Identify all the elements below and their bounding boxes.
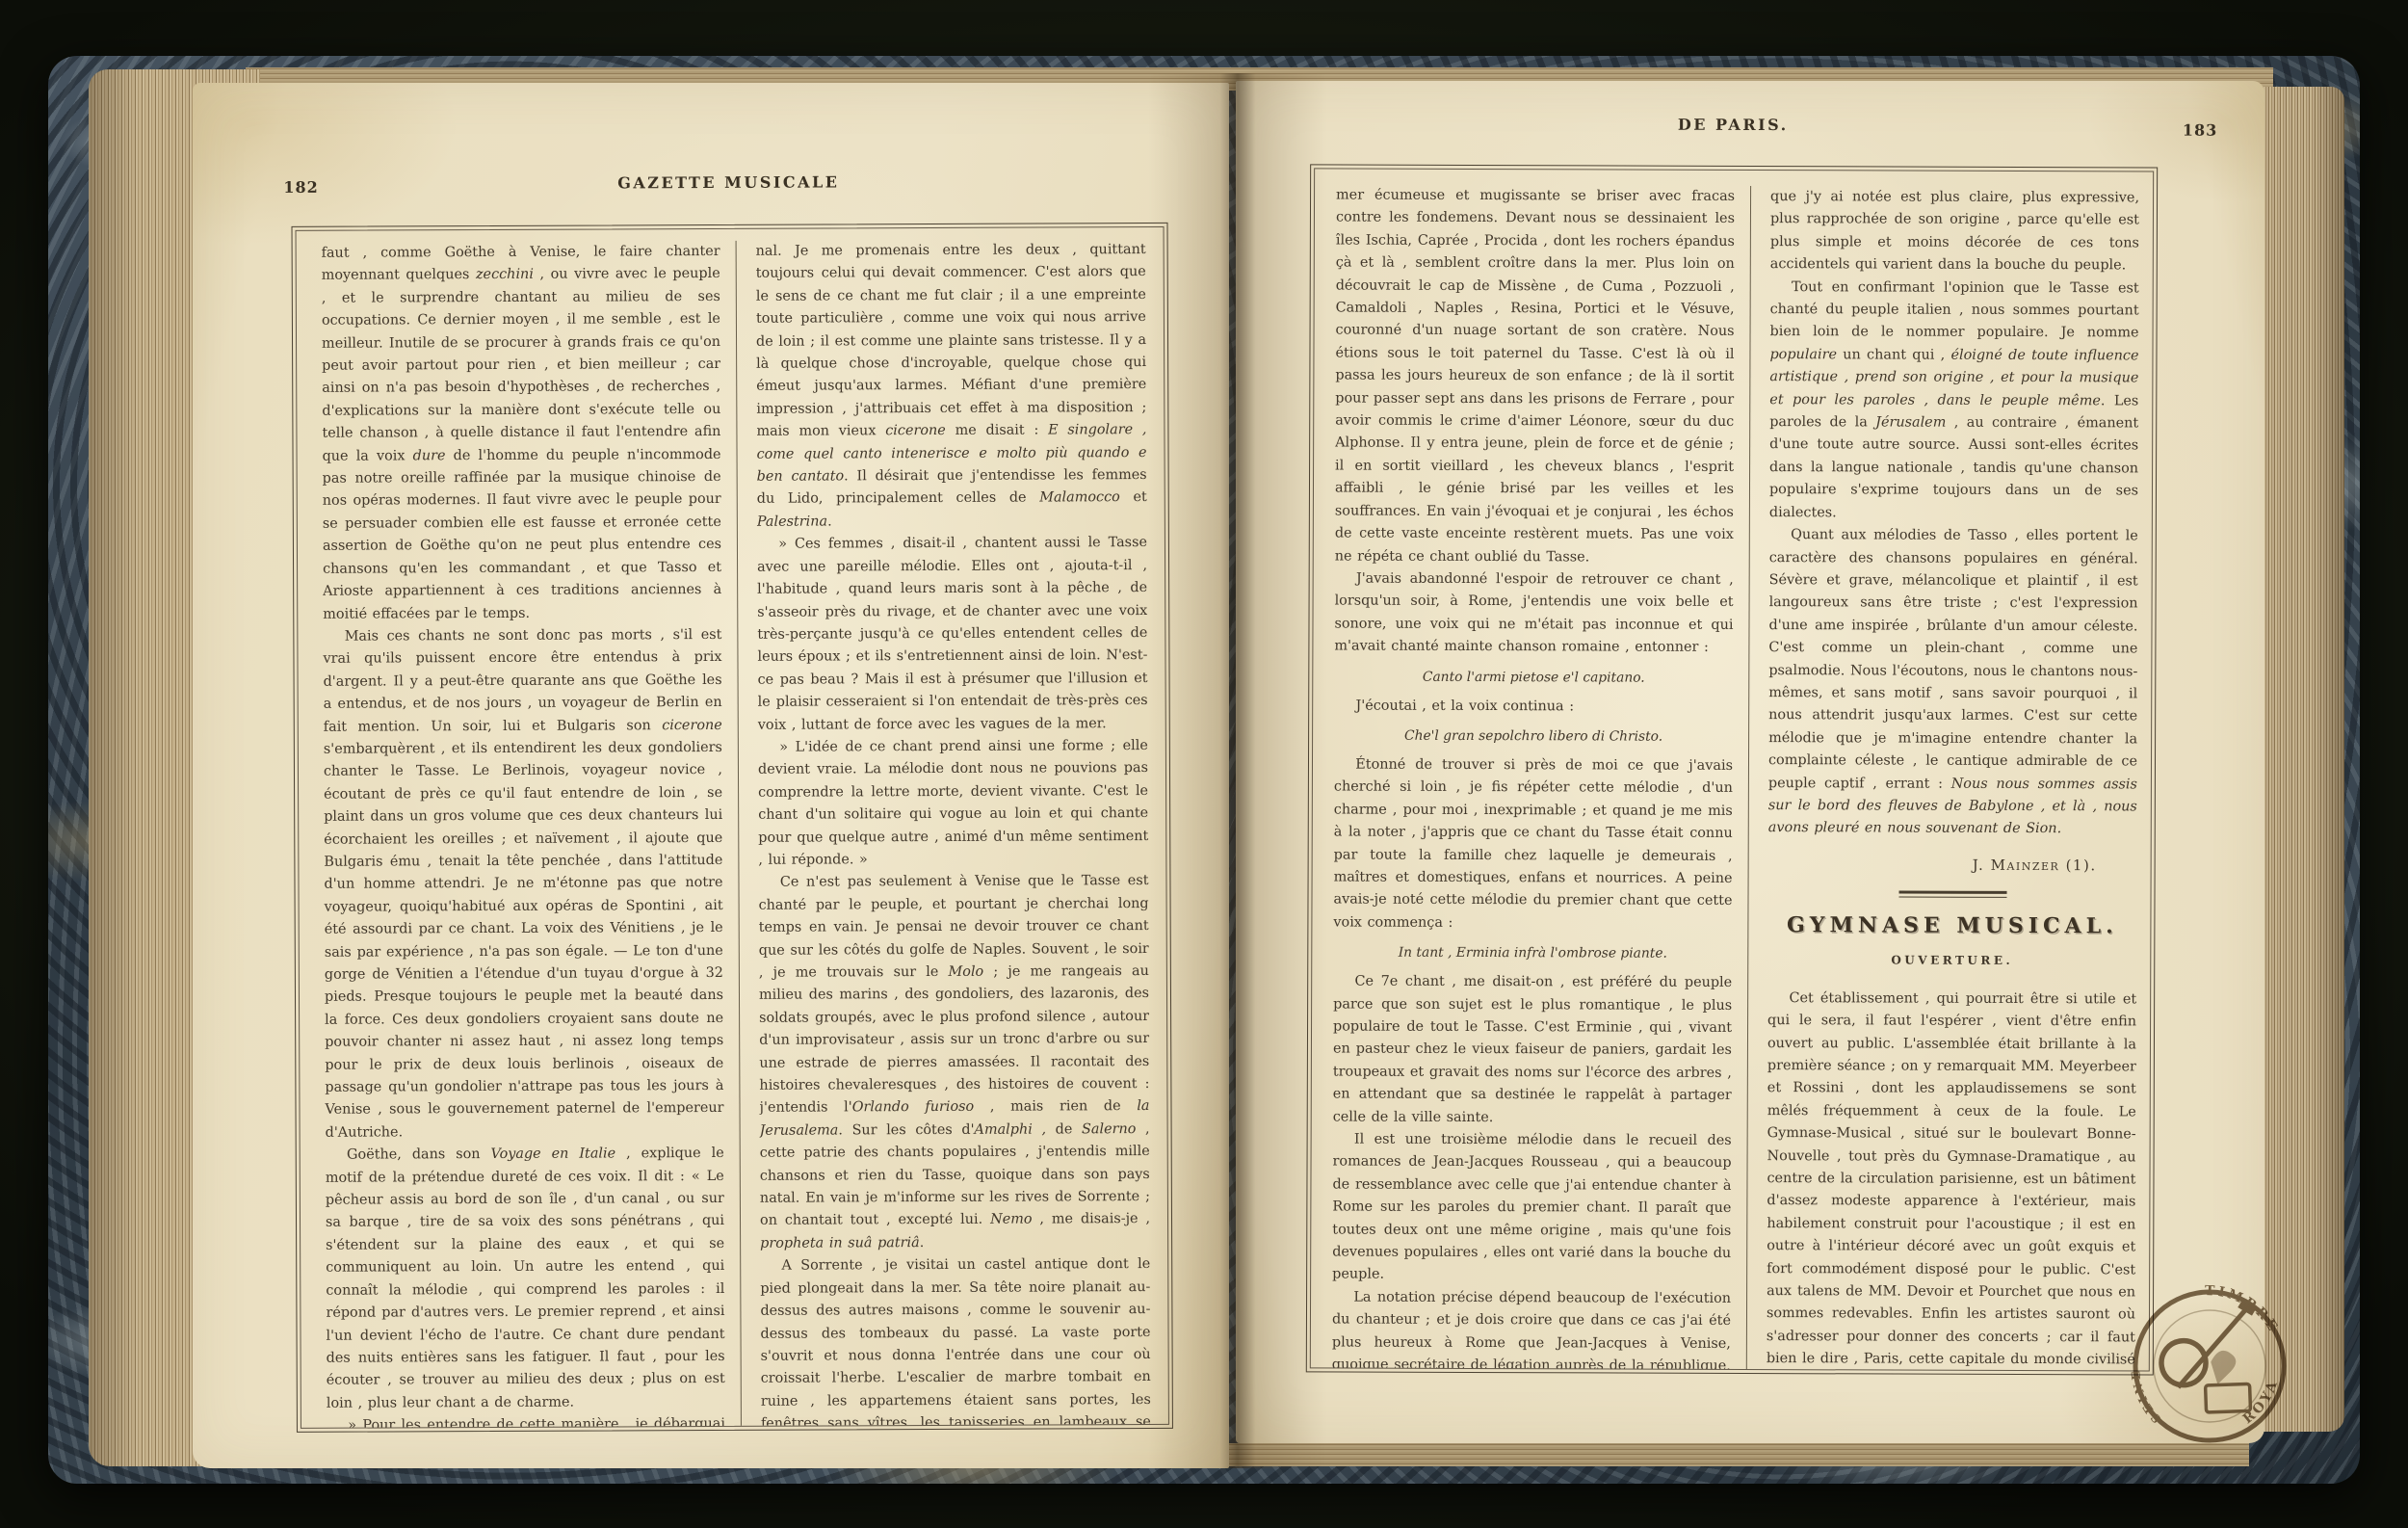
- paragraph: Mais ces chants ne sont donc pas morts ,…: [323, 624, 723, 1145]
- paragraph: nal. Je me promenais entre les deux , qu…: [756, 239, 1147, 534]
- left-page-number: 182: [283, 178, 318, 197]
- paragraph: Ce n'est pas seulement à Venise que le T…: [758, 870, 1150, 1255]
- paragraph: Ce 7e chant , me disait-on , est préféré…: [1333, 971, 1733, 1130]
- section-divider: [1898, 890, 2006, 897]
- paragraph: Étonné de trouver si près de moi ce que …: [1333, 753, 1733, 935]
- section-heading: GYMNASE MUSICAL.: [1767, 912, 2136, 938]
- left-page-column-1: faut , comme Goëthe à Venise, le faire c…: [322, 241, 725, 1428]
- author-signature: J. Mainzer (1).: [1768, 856, 2097, 874]
- page-edges-right: [2264, 87, 2344, 1432]
- paragraph: J'écoutai , et la voix continua :: [1334, 695, 1733, 719]
- paragraph: Il est une troisième mélodie dans le rec…: [1332, 1129, 1732, 1288]
- verse-line: Canto l'armi pietose e'l capitano.: [1334, 667, 1733, 687]
- left-page-header: 182 GAZETTE MUSICALE: [291, 171, 1165, 194]
- stamp-text-left: SEINE: [2128, 1364, 2165, 1428]
- paragraph: » L'idée de ce chant prend ainsi une for…: [758, 735, 1149, 872]
- paragraph: faut , comme Goëthe à Venise, le faire c…: [322, 241, 722, 626]
- subsection-heading: OUVERTURE.: [1767, 953, 2136, 967]
- paragraph: Cet établissement , qui pourrait être si…: [1767, 988, 2136, 1371]
- left-running-title: GAZETTE MUSICALE: [291, 171, 1165, 194]
- left-page: 182 GAZETTE MUSICALE faut , comme Goëthe…: [193, 83, 1229, 1468]
- right-page-number: 183: [2183, 121, 2217, 140]
- paragraph: Tout en confirmant l'opinion que le Tass…: [1769, 277, 2139, 526]
- paragraph: A Sorrente , je visitai un castel antiqu…: [760, 1253, 1151, 1425]
- book-photo-scene: 182 GAZETTE MUSICALE faut , comme Goëthe…: [0, 0, 2408, 1528]
- verse-line: In tant , Erminia infrà l'ombrose piante…: [1333, 943, 1732, 963]
- verse-line: Che'l gran sepolchro libero di Christo.: [1334, 725, 1733, 746]
- svg-text:SEINE: SEINE: [2128, 1364, 2165, 1428]
- left-page-frame: faut , comme Goëthe à Venise, le faire c…: [292, 223, 1173, 1433]
- right-page-column-1: mer écumeuse et mugissante se briser ave…: [1332, 184, 1735, 1368]
- paragraph: que j'y ai notée est plus claire, plus e…: [1770, 186, 2139, 277]
- paragraph: mer écumeuse et mugissante se briser ave…: [1335, 184, 1735, 568]
- paragraph: Quant aux mélodies de Tasso , elles port…: [1768, 524, 2138, 841]
- column-divider: [1746, 186, 1751, 1369]
- column-divider: [736, 241, 742, 1426]
- paragraph: Goëthe, dans son Voyage en Italie , expl…: [326, 1143, 725, 1415]
- right-page-column-2: que j'y ai notée est plus claire, plus e…: [1767, 186, 2139, 1370]
- right-page-frame: mer écumeuse et mugissante se briser ave…: [1306, 164, 2158, 1375]
- posthorn-stamp-icon: TIMBRE ROYAL SEINE: [2109, 1266, 2311, 1467]
- left-page-column-2: nal. Je me promenais entre les deux , qu…: [756, 239, 1151, 1426]
- right-page: DE PARIS. 183 mer écumeuse et mugissante…: [1236, 81, 2264, 1443]
- paragraph: J'avais abandonné l'espoir de retrouver …: [1334, 567, 1733, 659]
- paragraph: La notation précise dépend beaucoup de l…: [1332, 1286, 1731, 1369]
- right-page-header: DE PARIS. 183: [1310, 114, 2156, 135]
- right-running-title: DE PARIS.: [1310, 114, 2156, 135]
- paragraph: » Pour les entendre de cette manière , j…: [327, 1413, 725, 1428]
- paragraph: » Ces femmes , disait-il , chantent auss…: [757, 532, 1148, 736]
